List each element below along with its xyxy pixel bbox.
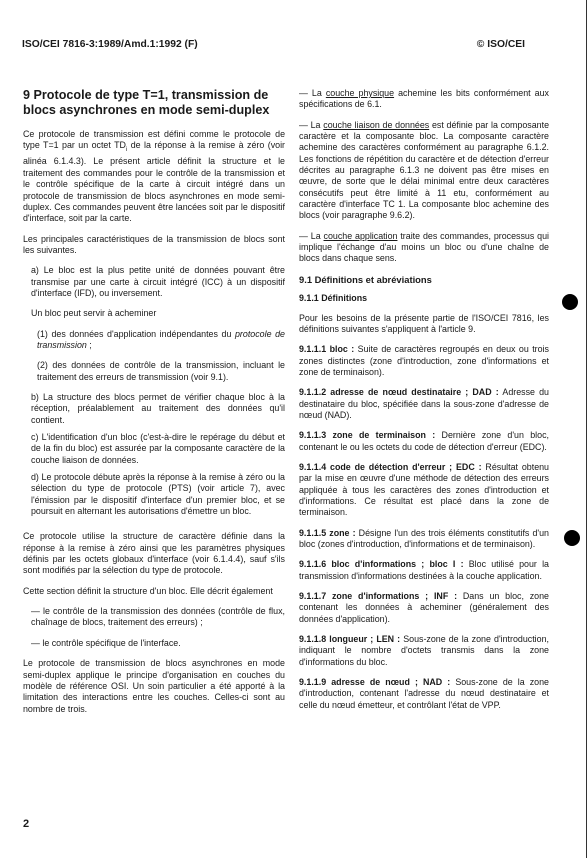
- definitions-intro: Pour les besoins de la présente partie d…: [299, 313, 549, 336]
- layer-link-pre: — La: [299, 120, 323, 130]
- definition-term: 9.1.1.7 zone d'informations ; INF :: [299, 591, 457, 601]
- definition-term: 9.1.1.5 zone :: [299, 528, 356, 538]
- layer-physical: — La couche physique achemine les bits c…: [299, 88, 549, 111]
- definition-item: 9.1.1.6 bloc d'informations ; bloc I : B…: [299, 559, 549, 582]
- layer-link-post: est définie par la composante caractère …: [299, 120, 549, 221]
- layer-link: — La couche liaison de données est défin…: [299, 120, 549, 222]
- definition-term: 9.1.1.1 bloc :: [299, 344, 354, 354]
- list-item-a-sub-intro: Un bloc peut servir à acheminer: [31, 308, 285, 319]
- definition-item: 9.1.1.7 zone d'informations ; INF : Dans…: [299, 591, 549, 625]
- section-scope-paragraph: Cette section définit la structure d'un …: [23, 586, 285, 597]
- intro-paragraph: Ce protocole de transmission est défini …: [23, 129, 285, 225]
- section-title: 9 Protocole de type T=1, transmission de…: [23, 88, 285, 117]
- copyright-notice: © ISO/CEI: [477, 39, 525, 50]
- definition-item: 9.1.1.4 code de détection d'erreur ; EDC…: [299, 462, 549, 519]
- layer-physical-pre: — La: [299, 88, 326, 98]
- definition-item: 9.1.1.9 adresse de nœud ; NAD : Sous-zon…: [299, 677, 549, 711]
- definition-term: 9.1.1.9 adresse de nœud ; NAD :: [299, 677, 450, 687]
- list-item-b: b) La structure des blocs permet de véri…: [31, 392, 285, 426]
- osi-paragraph: Le protocole de transmission de blocs as…: [23, 658, 285, 715]
- binder-hole-top: [562, 294, 578, 310]
- intro-text-b: de la réponse à la remise à zéro (voir a…: [23, 140, 285, 223]
- sub1-text-c: ;: [87, 340, 92, 350]
- definition-term: 9.1.1.3 zone de terminaison :: [299, 430, 435, 440]
- dash-item-1: — le contrôle de la transmission des don…: [31, 606, 285, 629]
- list-item-c: c) L'identification d'un bloc (c'est-à-d…: [31, 432, 285, 466]
- characteristics-intro: Les principales caractéristiques de la t…: [23, 234, 285, 257]
- layer-app-pre: — La: [299, 231, 324, 241]
- dash-item-2: — le contrôle spécifique de l'interface.: [31, 638, 285, 649]
- definition-term: 9.1.1.2 adresse de nœud destinataire ; D…: [299, 387, 499, 397]
- definition-term: 9.1.1.6 bloc d'informations ; bloc I :: [299, 559, 464, 569]
- definition-item: 9.1.1.3 zone de terminaison : Dernière z…: [299, 430, 549, 453]
- layer-app-term: couche application: [324, 231, 398, 241]
- list-item-a: a) Le bloc est la plus petite unité de d…: [31, 265, 285, 299]
- subsubsection-title: 9.1.1 Définitions: [299, 293, 549, 304]
- definition-item: 9.1.1.1 bloc : Suite de caractères regro…: [299, 344, 549, 378]
- definition-item: 9.1.1.8 longueur ; LEN : Sous-zone de la…: [299, 634, 549, 668]
- definition-term: 9.1.1.8 longueur ; LEN :: [299, 634, 400, 644]
- page-header: ISO/CEI 7816-3:1989/Amd.1:1992 (F) © ISO…: [22, 39, 525, 53]
- structure-paragraph: Ce protocole utilise la structure de car…: [23, 531, 285, 576]
- right-column: — La couche physique achemine les bits c…: [299, 88, 549, 720]
- binder-hole-bottom: [564, 530, 580, 546]
- layer-link-term: couche liaison de données: [323, 120, 429, 130]
- sub1-text-a: (1) des données d'application indépendan…: [37, 329, 235, 339]
- definition-term: 9.1.1.4 code de détection d'erreur ; EDC…: [299, 462, 482, 472]
- layer-physical-term: couche physique: [326, 88, 394, 98]
- definition-item: 9.1.1.5 zone : Désigne l'un des trois él…: [299, 528, 549, 551]
- subsection-title: 9.1 Définitions et abréviations: [299, 274, 549, 285]
- document-reference: ISO/CEI 7816-3:1989/Amd.1:1992 (F): [22, 39, 198, 50]
- left-column: 9 Protocole de type T=1, transmission de…: [23, 88, 285, 724]
- list-item-d: d) Le protocole débute après la réponse …: [31, 472, 285, 517]
- layer-application: — La couche application traite des comma…: [299, 231, 549, 265]
- list-item-a-sub1: (1) des données d'application indépendan…: [37, 329, 285, 352]
- page-number: 2: [23, 818, 29, 830]
- list-item-a-sub2: (2) des données de contrôle de la transm…: [37, 360, 285, 383]
- definition-item: 9.1.1.2 adresse de nœud destinataire ; D…: [299, 387, 549, 421]
